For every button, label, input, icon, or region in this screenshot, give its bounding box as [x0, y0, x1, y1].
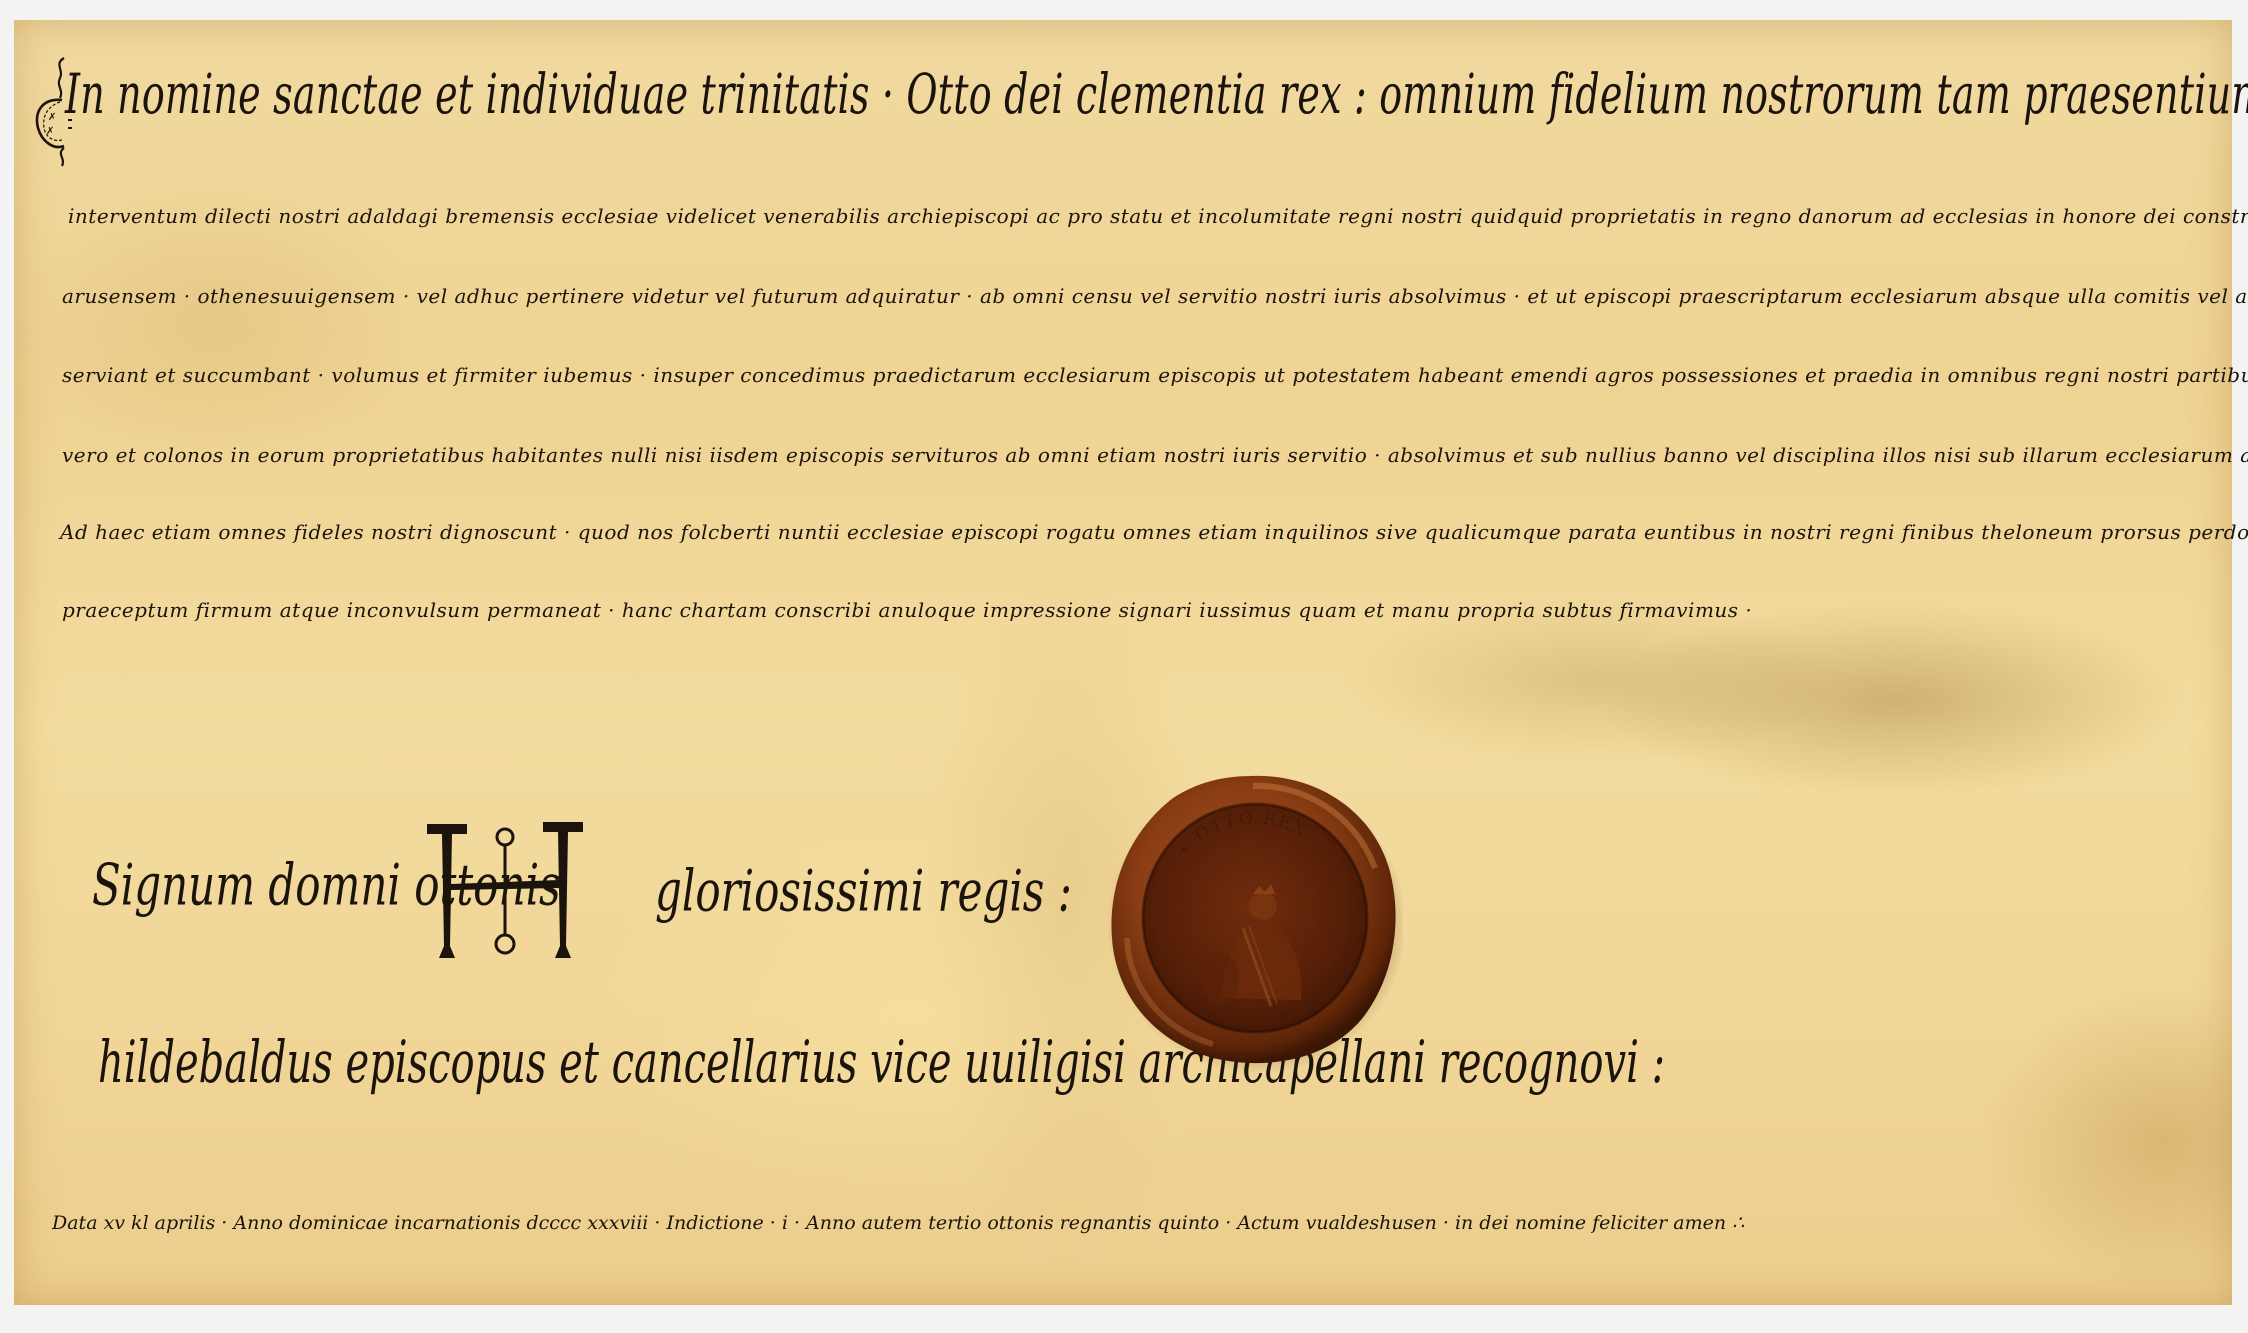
dating-line: Data xv kl aprilis · Anno dominicae inca…: [52, 1212, 1744, 1234]
monogram-icon: [425, 818, 585, 963]
signum-text-right: gloriosissimi regis :: [655, 858, 1072, 924]
charter-line-3: arusensem · othenesuuigensem · vel adhuc…: [62, 284, 2248, 308]
charter-line-6: Ad haec etiam omnes fideles nostri digno…: [60, 520, 2248, 544]
charter-line-4: serviant et succumbant · volumus et firm…: [62, 363, 2248, 387]
recognition-line: hildebaldus episcopus et cancellarius vi…: [98, 1030, 1665, 1097]
wax-seal-icon: + OTTO REX: [1103, 768, 1403, 1072]
charter-line-5: vero et colonos in eorum proprietatibus …: [62, 443, 2248, 467]
charter-line-2: interventum dilecti nostri adaldagi brem…: [68, 204, 2248, 228]
charter-line-1: In nomine sanctae et individuae trinitat…: [65, 62, 2205, 126]
svg-text:✗: ✗: [48, 112, 56, 123]
svg-text:✗: ✗: [46, 126, 54, 137]
charter-line-7: praeceptum firmum atque inconvulsum perm…: [62, 598, 1752, 622]
